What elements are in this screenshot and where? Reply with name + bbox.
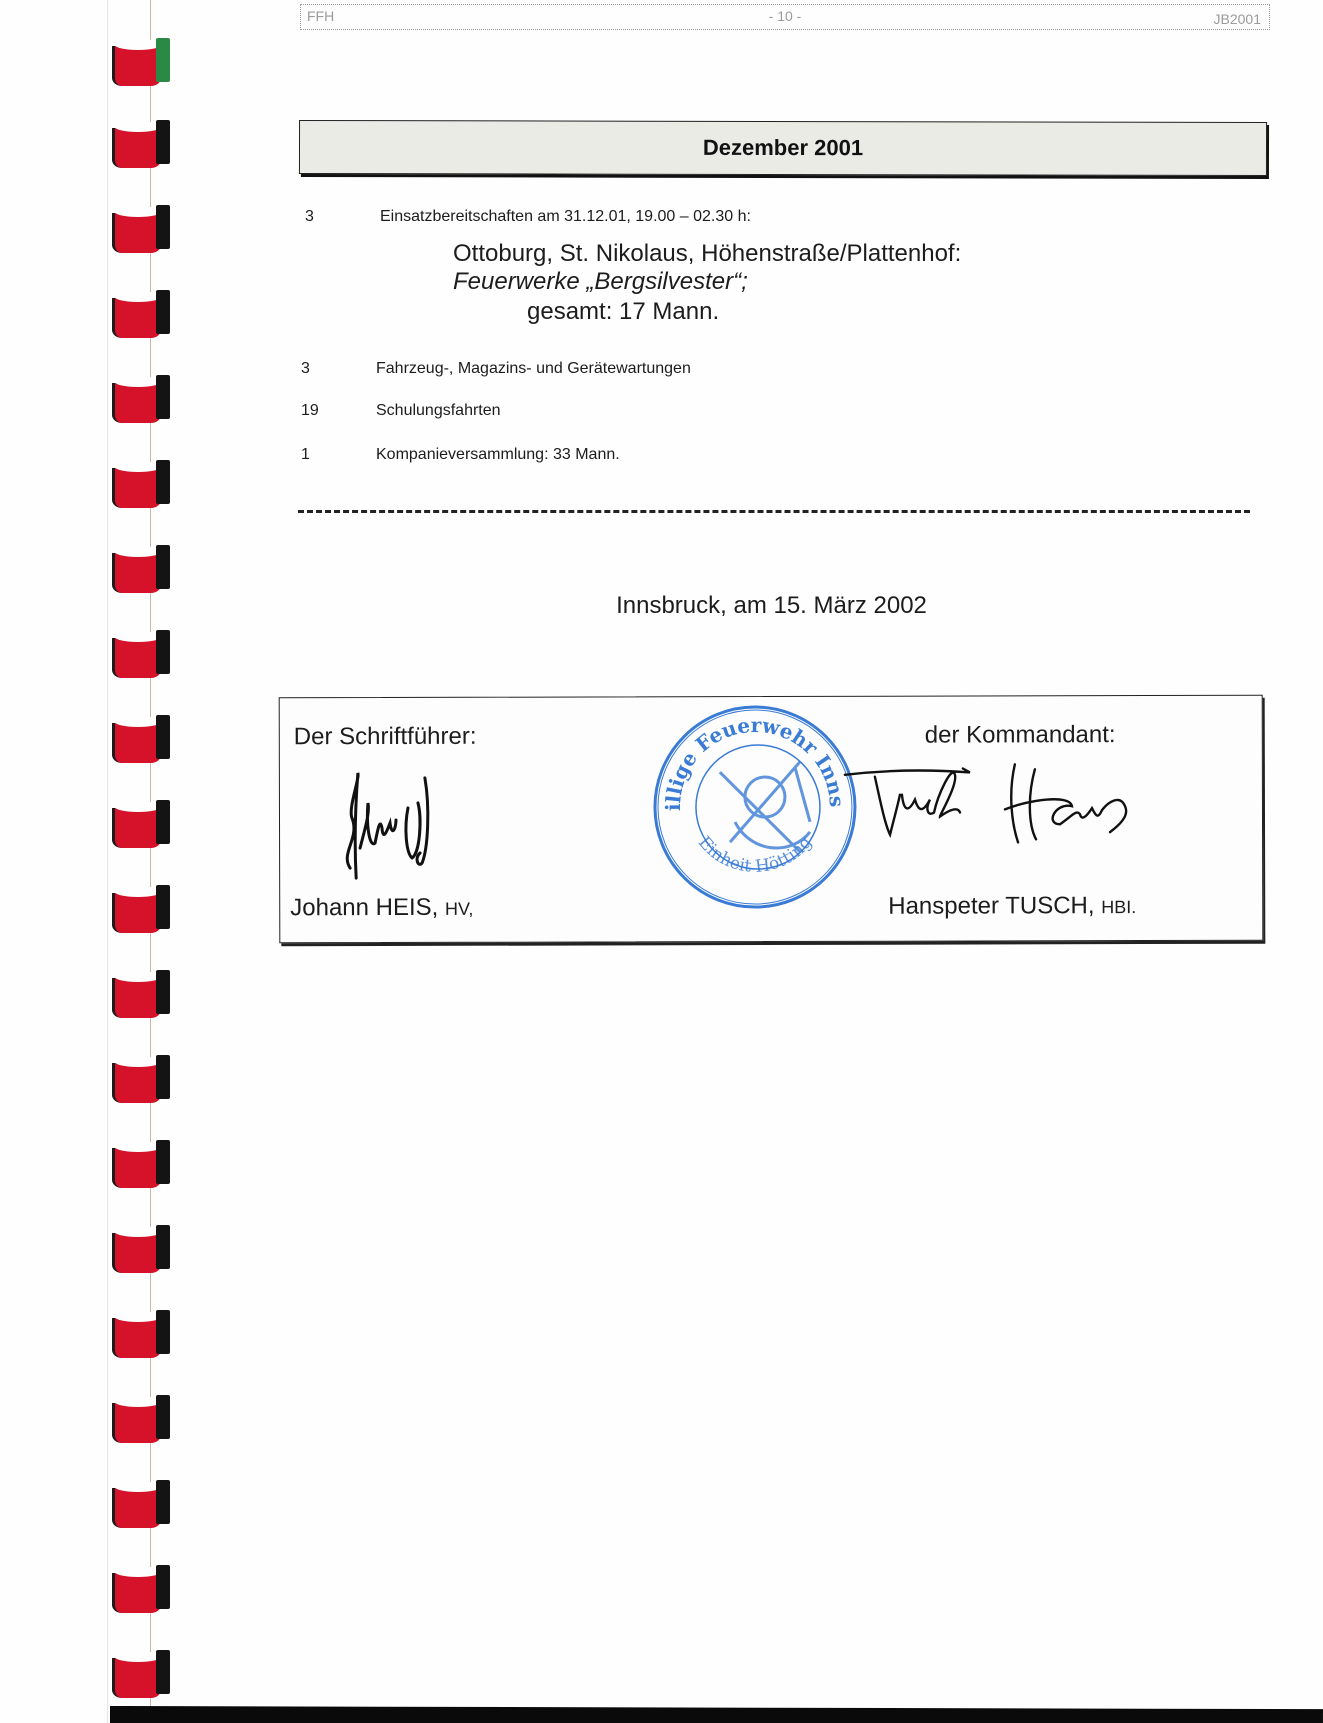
entry-text: Einsatzbereitschaften am 31.12.01, 19.00…: [380, 208, 751, 226]
entry-detail: Feuerwerke „Bergsilvester“;: [453, 268, 748, 296]
binding-ring: [112, 120, 172, 170]
entry-text: Schulungsfahrten: [376, 402, 501, 420]
binding-ring: [112, 545, 172, 595]
commander-role: der Kommandant:: [925, 721, 1116, 749]
commander-name-text: Hanspeter TUSCH,: [888, 892, 1094, 920]
binding-ring: [112, 1225, 172, 1275]
binding-ring: [112, 1650, 172, 1700]
entry-text: Fahrzeug-, Magazins- und Gerätewartungen: [376, 360, 691, 378]
binding-ring: [112, 715, 172, 765]
entry-count: 3: [305, 208, 314, 226]
month-title: Dezember 2001: [703, 135, 863, 161]
secretary-rank: HV,: [445, 899, 473, 919]
binding-ring: [112, 630, 172, 680]
svg-text:Einheit Hötting: Einheit Hötting: [694, 832, 817, 877]
binding-ring: [112, 1565, 172, 1615]
secretary-name-text: Johann HEIS,: [290, 894, 438, 921]
page-number: - 10 -: [301, 8, 1269, 24]
entry-count: 3: [301, 360, 310, 378]
entry-text: Kompanieversammlung: 33 Mann.: [376, 446, 620, 464]
entry-count: 1: [301, 446, 310, 464]
binding-ring: [112, 1395, 172, 1445]
binding-ring: [112, 290, 172, 340]
entry-detail: gesamt: 17 Mann.: [527, 298, 719, 326]
binding-ring: [112, 1480, 172, 1530]
month-banner: Dezember 2001: [299, 120, 1267, 176]
binding-ring: [112, 800, 172, 850]
binding-ring: [112, 205, 172, 255]
binding-ring: [112, 1310, 172, 1360]
dashed-separator: [298, 510, 1250, 513]
binding-ring: [112, 460, 172, 510]
binding-ring: [112, 885, 172, 935]
spine-wire: [150, 0, 151, 1723]
binding-ring: [112, 1055, 172, 1105]
page-header: FFH - 10 - JB2001: [300, 4, 1270, 30]
binding-ring: [112, 375, 172, 425]
commander-signature: [840, 754, 1160, 855]
page-edge-line: [107, 0, 108, 1723]
entry-count: 19: [301, 402, 319, 420]
secretary-signature: [330, 758, 440, 888]
commander-rank: HBI.: [1101, 897, 1136, 917]
entry-detail: Ottoburg, St. Nikolaus, Höhenstraße/Plat…: [453, 240, 961, 268]
binding-ring: [112, 38, 172, 88]
official-stamp: Freiwillige Feuerwehr Innsbruck Einheit …: [650, 702, 861, 913]
secretary-name: Johann HEIS, HV,: [290, 894, 473, 922]
place-date: Innsbruck, am 15. März 2002: [0, 592, 1323, 620]
scan-bottom-edge: [110, 1706, 1323, 1723]
commander-name: Hanspeter TUSCH, HBI.: [888, 892, 1136, 921]
signature-box: Der Schriftführer: Johann HEIS, HV, Frei…: [279, 695, 1264, 944]
header-right: JB2001: [1214, 11, 1261, 27]
secretary-role: Der Schriftführer:: [294, 723, 477, 751]
binding-ring: [112, 970, 172, 1020]
binding-ring: [112, 1140, 172, 1190]
